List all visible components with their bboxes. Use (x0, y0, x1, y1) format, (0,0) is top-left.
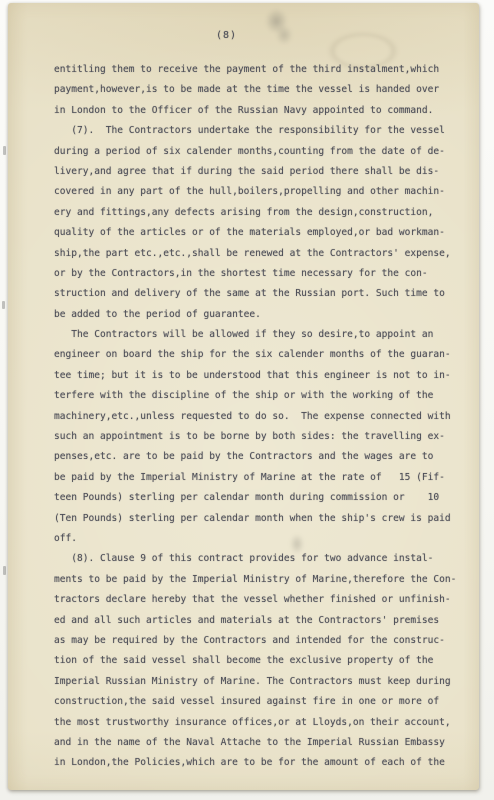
text-line: ments to be paid by the Imperial Ministr… (54, 570, 472, 590)
text-line: Imperial Russian Ministry of Marine. The… (54, 672, 472, 692)
text-line: or by the Contractors,in the shortest ti… (54, 264, 472, 284)
text-line: ed and all such articles and materials a… (54, 611, 472, 631)
text-line: and in the name of the Naval Attache to … (54, 733, 472, 753)
text-line: machinery,etc.,unless requested to do so… (54, 407, 472, 427)
text-line: (7). The Contractors undertake the respo… (54, 121, 472, 141)
text-line: penses,etc. are to be paid by the Contra… (54, 447, 472, 467)
binding-mark (2, 301, 5, 309)
text-line: tion of the said vessel shall become the… (54, 651, 472, 671)
page-number: (8) (216, 30, 237, 41)
text-line: be paid by the Imperial Ministry of Mari… (54, 468, 472, 488)
text-line: construction,the said vessel insured aga… (54, 692, 472, 712)
text-line: be added to the period of guarantee. (54, 305, 472, 325)
text-line: engineer on board the ship for the six c… (54, 345, 472, 365)
binding-mark (3, 146, 6, 155)
text-line: entitling them to receive the payment of… (54, 60, 472, 80)
text-line: payment,however,is to be made at the tim… (54, 80, 472, 100)
text-line: terfere with the discipline of the ship … (54, 386, 472, 406)
document-text: entitling them to receive the payment of… (54, 60, 472, 774)
photo-background: (8) entitling them to receive the paymen… (0, 0, 494, 800)
text-line: struction and delivery of the same at th… (54, 284, 472, 304)
text-line: livery,and agree that if during the said… (54, 162, 472, 182)
text-line: as may be required by the Contractors an… (54, 631, 472, 651)
text-line: in London to the Officer of the Russian … (54, 101, 472, 121)
ink-smudge (253, 5, 305, 51)
text-line: covered in any part of the hull,boilers,… (54, 182, 472, 202)
text-line: ery and fittings,any defects arising fro… (54, 203, 472, 223)
text-line: tractors declare hereby that the vessel … (54, 590, 472, 610)
text-line: during a period of six calender months,c… (54, 142, 472, 162)
text-line: such an appointment is to be borne by bo… (54, 427, 472, 447)
binding-mark (3, 566, 6, 575)
text-line: (Ten Pounds) sterling per calendar month… (54, 509, 472, 529)
text-line: in London,the Policies,which are to be f… (54, 753, 472, 773)
text-line: quality of the articles or of the materi… (54, 223, 472, 243)
text-line: The Contractors will be allowed if they … (54, 325, 472, 345)
text-line: (8). Clause 9 of this contract provides … (54, 549, 472, 569)
text-line: ship,the part etc.,etc.,shall be renewed… (54, 244, 472, 264)
text-line: tee time; but it is to be understood tha… (54, 366, 472, 386)
text-line: off. (54, 529, 472, 549)
document-page: (8) entitling them to receive the paymen… (8, 3, 479, 790)
text-line: the most trustworthy insurance offices,o… (54, 713, 472, 733)
text-line: teen Pounds) sterling per calendar month… (54, 488, 472, 508)
